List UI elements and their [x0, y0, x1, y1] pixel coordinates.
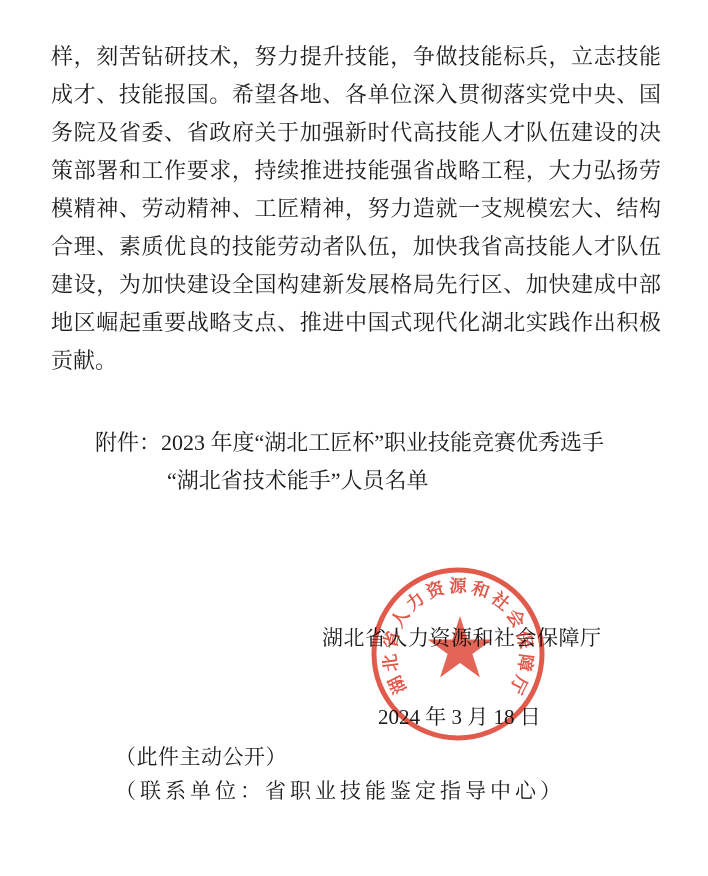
body-line: 贡献。: [51, 342, 661, 380]
body-line: 策部署和工作要求，持续推进技能强省战略工程，大力弘扬劳: [51, 152, 661, 190]
attachment-line-2: “湖北省技术能手”人员名单: [167, 462, 429, 500]
body-line: 合理、素质优良的技能劳动者队伍，加快我省高技能人才队伍: [51, 228, 661, 266]
attachment-line-1: 附件：2023 年度“湖北工匠杯”职业技能竞赛优秀选手: [95, 424, 604, 462]
body-line: 成才、技能报国。希望各地、各单位深入贯彻落实党中央、国: [51, 76, 661, 114]
official-seal: 湖北省人力资源和社会保障厅: [363, 559, 553, 749]
body-line: 建设，为加快建设全国构建新发展格局先行区、加快建成中部: [51, 266, 661, 304]
disclosure-note: （此件主动公开）: [115, 738, 287, 776]
star-icon: [428, 616, 493, 678]
contact-note: （联系单位：省职业技能鉴定指导中心）: [115, 772, 565, 810]
body-paragraph: 样，刻苦钻研技术，努力提升技能，争做技能标兵，立志技能成才、技能报国。希望各地、…: [51, 38, 661, 380]
body-line: 模精神、劳动精神、工匠精神，努力造就一支规模宏大、结构: [51, 190, 661, 228]
document-page: 样，刻苦钻研技术，努力提升技能，争做技能标兵，立志技能成才、技能报国。希望各地、…: [0, 0, 708, 876]
body-line: 务院及省委、省政府关于加强新时代高技能人才队伍建设的决: [51, 114, 661, 152]
body-line: 样，刻苦钻研技术，努力提升技能，争做技能标兵，立志技能: [51, 38, 661, 76]
body-line: 地区崛起重要战略支点、推进中国式现代化湖北实践作出积极: [51, 304, 661, 342]
